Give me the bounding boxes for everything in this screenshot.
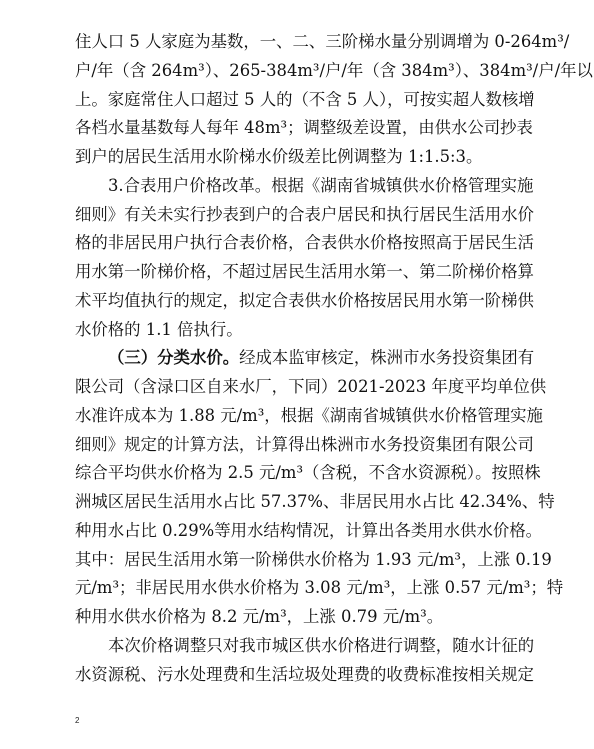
text-line: 3.合表用户价格改革。根据《湖南省城镇供水价格管理实施 [75,172,519,201]
document-page: 住人口 5 人家庭为基数，一、二、三阶梯水量分别调增为 0-264m³/ 户/年… [0,0,594,749]
text-line: 用水第一阶梯价格，不超过居民生活用水第一、第二阶梯价格算 [75,258,519,287]
page-number: 2 [75,716,79,725]
text-line: 其中：居民生活用水第一阶梯供水价格为 1.93 元/m³，上涨 0.19 [75,546,519,575]
text-line: 住人口 5 人家庭为基数，一、二、三阶梯水量分别调增为 0-264m³/ [75,28,519,57]
text-line: 细则》规定的计算方法，计算得出株洲市水务投资集团有限公司 [75,431,519,460]
section-heading: （三）分类水价。 [108,348,239,367]
text-line: 户/年（含 264m³）、265-384m³/户/年（含 384m³）、384m… [75,57,519,86]
text-line: 格的非居民用户执行合表价格，合表供水价格按照高于居民生活 [75,229,519,258]
text-line: 水价格的 1.1 倍执行。 [75,316,519,345]
text-line: 本次价格调整只对我市城区供水价格进行调整，随水计征的 [75,632,519,661]
text-line: 各档水量基数每人每年 48m³；调整级差设置，由供水公司抄表 [75,114,519,143]
text-line: 限公司（含渌口区自来水厂，下同）2021-2023 年度平均单位供 [75,373,519,402]
document-body: 住人口 5 人家庭为基数，一、二、三阶梯水量分别调增为 0-264m³/ 户/年… [75,28,519,689]
text-line: 水准许成本为 1.88 元/m³，根据《湖南省城镇供水价格管理实施 [75,402,519,431]
text-line: 种用水占比 0.29%等用水结构情况，计算出各类用水供水价格。 [75,517,519,546]
text-line: 上。家庭常住人口超过 5 人的（不含 5 人），可按实超人数核增 [75,86,519,115]
text-line: 元/m³；非居民用水供水价格为 3.08 元/m³，上涨 0.57 元/m³；特 [75,574,519,603]
text-line: 种用水供水价格为 8.2 元/m³，上涨 0.79 元/m³。 [75,603,519,632]
text-line: 水资源税、污水处理费和生活垃圾处理费的收费标准按相关规定 [75,661,519,690]
text-line: 术平均值执行的规定，拟定合表供水价格按居民用水第一阶梯供 [75,287,519,316]
text-line: 经成本监审核定，株洲市水务投资集团有 [239,348,534,367]
text-line: 综合平均供水价格为 2.5 元/m³（含税，不含水资源税）。按照株 [75,459,519,488]
text-line: 到户的居民生活用水阶梯水价级差比例调整为 1:1.5:3。 [75,143,519,172]
text-line: 细则》有关未实行抄表到户的合表户居民和执行居民生活用水价 [75,201,519,230]
text-line: 洲城区居民生活用水占比 57.37%、非居民用水占比 42.34%、特 [75,488,519,517]
section-paragraph-start: （三）分类水价。经成本监审核定，株洲市水务投资集团有 [75,344,519,373]
